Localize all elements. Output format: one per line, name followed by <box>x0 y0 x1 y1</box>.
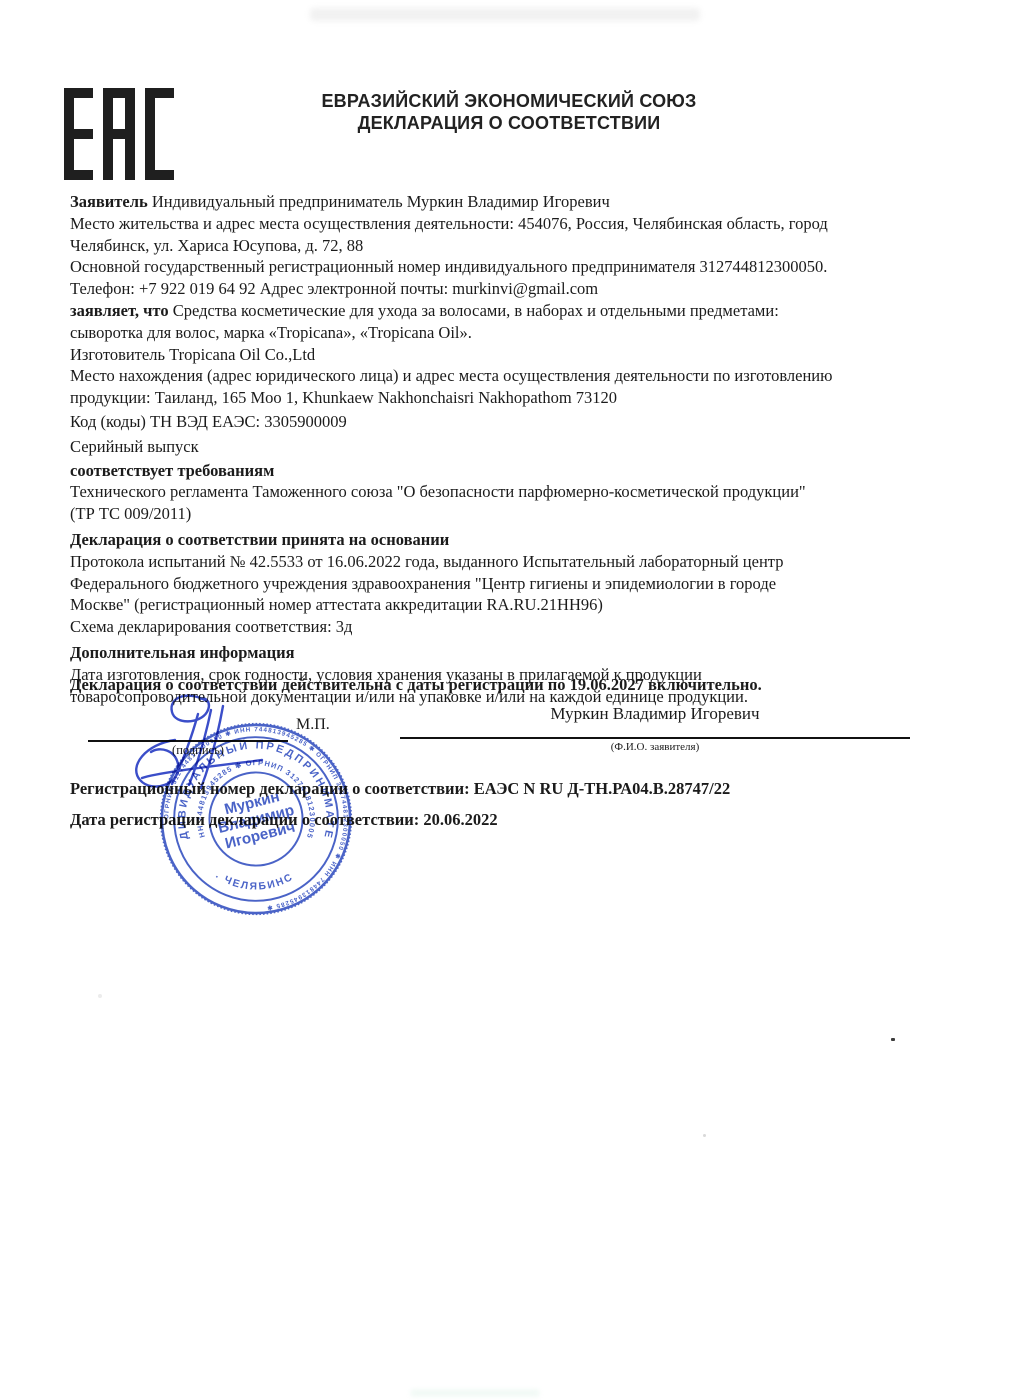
body-line: Челябинск, ул. Хариса Юсупова, д. 72, 88 <box>70 235 960 257</box>
title-line-2: ДЕКЛАРАЦИЯ О СООТВЕТСТВИИ <box>0 112 1018 134</box>
body-line: Телефон: +7 922 019 64 92 Адрес электрон… <box>70 278 960 300</box>
scan-speck <box>98 994 102 998</box>
applicant-name-caption: (Ф.И.О. заявителя) <box>400 741 910 753</box>
body-line: продукции: Таиланд, 165 Moo 1, Khunkaew … <box>70 387 960 409</box>
body-line: Серийный выпуск <box>70 436 960 458</box>
applicant-name-line <box>400 737 910 739</box>
body-line: Декларация о соответствии принята на осн… <box>70 529 960 551</box>
body-line: Изготовитель Tropicana Oil Co.,Ltd <box>70 344 960 366</box>
body-line: Федерального бюджетного учреждения здрав… <box>70 573 960 595</box>
document-title: ЕВРАЗИЙСКИЙ ЭКОНОМИЧЕСКИЙ СОЮЗ ДЕКЛАРАЦИ… <box>0 90 1018 134</box>
scan-bleed-artifact <box>310 8 700 21</box>
body-line: Заявитель Индивидуальный предприниматель… <box>70 191 960 213</box>
body-line: Протокола испытаний № 42.5533 от 16.06.2… <box>70 551 960 573</box>
scan-speck <box>891 1038 895 1041</box>
body-line: Основной государственный регистрационный… <box>70 256 960 278</box>
scan-speck <box>703 1134 706 1137</box>
document-body: Заявитель Индивидуальный предприниматель… <box>70 191 960 707</box>
body-line: Место жительства и адрес места осуществл… <box>70 213 960 235</box>
body-line: (ТР ТС 009/2011) <box>70 503 960 525</box>
body-line: Схема декларирования соответствия: 3д <box>70 616 960 638</box>
body-line: сыворотка для волос, марка «Tropicana», … <box>70 322 960 344</box>
body-line: заявляет, что Средства косметические для… <box>70 300 960 322</box>
body-line: Москве" (регистрационный номер аттестата… <box>70 594 960 616</box>
round-stamp: ОГРНИП 312744812300050 ✱ ИНН 74481394528… <box>158 721 354 917</box>
applicant-name: Муркин Владимир Игоревич <box>400 704 910 724</box>
body-line: Дополнительная информация <box>70 642 960 664</box>
declaration-document: ЕВРАЗИЙСКИЙ ЭКОНОМИЧЕСКИЙ СОЮЗ ДЕКЛАРАЦИ… <box>0 0 1018 1400</box>
body-line: Место нахождения (адрес юридического лиц… <box>70 365 960 387</box>
body-line: Код (коды) ТН ВЭД ЕАЭС: 3305900009 <box>70 411 960 433</box>
scan-smudge-artifact <box>410 1389 540 1397</box>
body-line: соответствует требованиям <box>70 460 960 482</box>
body-line: Технического регламента Таможенного союз… <box>70 481 960 503</box>
title-line-1: ЕВРАЗИЙСКИЙ ЭКОНОМИЧЕСКИЙ СОЮЗ <box>0 90 1018 112</box>
